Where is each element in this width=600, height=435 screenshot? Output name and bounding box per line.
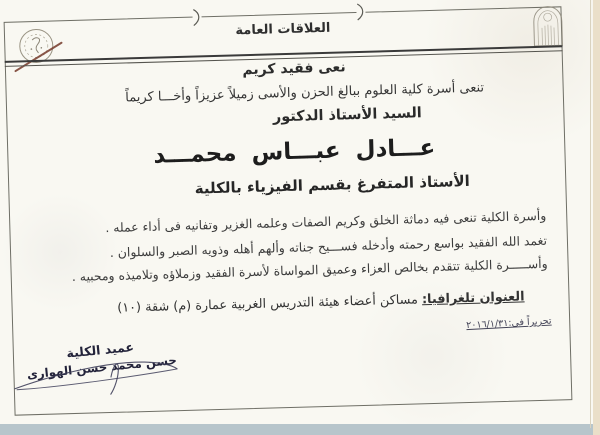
obituary-body-line: وأسرة الكلية تنعى فيه دماثة الخلق وكريم … bbox=[10, 207, 566, 238]
scanner-right-edge bbox=[593, 0, 600, 435]
deceased-name: عـــادل عبـــاس محمـــد bbox=[16, 131, 573, 173]
page-title: العلاقات العامة bbox=[5, 14, 561, 45]
arch-emblem-icon bbox=[530, 3, 565, 48]
paper-edge-line bbox=[590, 0, 591, 428]
signature-block: عميد الكلية حسن محمد حسن الهوارى bbox=[14, 334, 191, 412]
deceased-title: الأستاذ المتفرغ بقسم الفيزياء بالكلية bbox=[54, 168, 600, 202]
document-frame: العلاقات العامة نعى فقيد كريم تنعى أسرة … bbox=[4, 6, 573, 415]
address-value: مساكن أعضاء هيئة التدريس الغربية عمارة (… bbox=[117, 292, 422, 316]
telegraph-address-line: العنوان تلغرافيا: مساكن أعضاء هيئة التدر… bbox=[12, 288, 568, 319]
address-label: العنوان تلغرافيا: bbox=[422, 289, 525, 307]
scanner-bottom-edge bbox=[0, 424, 600, 435]
pen-curl-mark bbox=[356, 10, 365, 14]
date-note: تحريراً فى:٢٠١٦/١/٣١ bbox=[466, 316, 552, 332]
pen-curl-mark bbox=[193, 15, 202, 19]
scanned-obituary-page: العلاقات العامة نعى فقيد كريم تنعى أسرة … bbox=[0, 0, 600, 435]
